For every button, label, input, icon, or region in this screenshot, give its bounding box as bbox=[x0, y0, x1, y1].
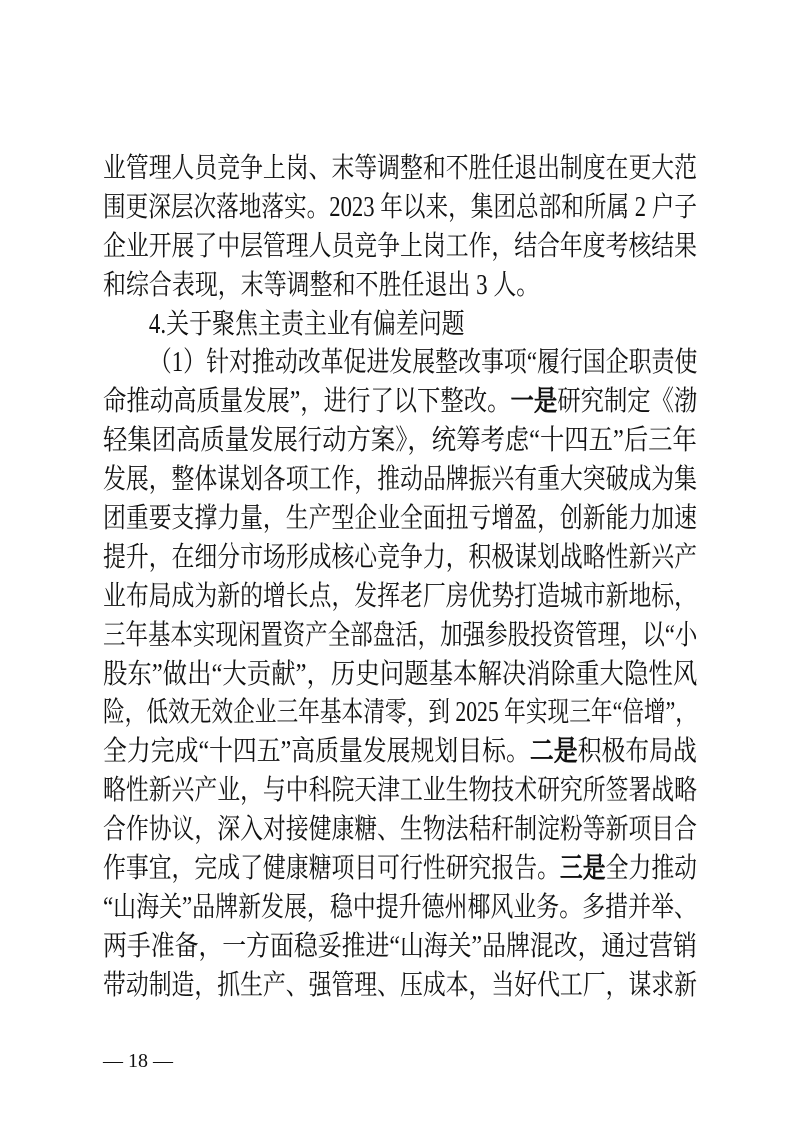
text-segment: 轻集团高质量发展行动方案》，统筹考虑“十四五”后三年 bbox=[103, 425, 697, 456]
text-line: 团重要支撑力量，生产型企业全面扭亏增盈，创新能力加速 bbox=[103, 500, 697, 539]
text-segment: （1）针对推动改革促进发展整改事项“履行国企职责使 bbox=[149, 347, 698, 378]
text-segment: 合作协议，深入对接健康糖、生物法秸秆制淀粉等新项目合 bbox=[103, 814, 697, 845]
text-line-content: 业管理人员竞争上岗、末等调整和不胜任退出制度在更大范 bbox=[103, 150, 697, 189]
text-segment: 积极布局战 bbox=[578, 736, 697, 767]
text-line: “山海关”品牌新发展，稳中提升德州椰风业务。多措并举、 bbox=[103, 889, 697, 928]
text-line-content: 和综合表现，末等调整和不胜任退出 3 人。 bbox=[103, 267, 539, 306]
text-line-content: 提升，在细分市场形成核心竞争力，积极谋划战略性新兴产 bbox=[103, 539, 697, 578]
document-page: 业管理人员竞争上岗、末等调整和不胜任退出制度在更大范围更深层次落地落实。2023… bbox=[0, 0, 800, 1131]
text-segment: 团重要支撑力量，生产型企业全面扭亏增盈，创新能力加速 bbox=[103, 503, 697, 534]
text-line-content: 作事宜，完成了健康糖项目可行性研究报告。三是全力推动 bbox=[103, 850, 697, 889]
text-segment: 企业开展了中层管理人员竞争上岗工作，结合年度考核结果 bbox=[103, 231, 697, 262]
text-segment: 股东”做出“大贡献”，历史问题基本解决消除重大隐性风 bbox=[103, 659, 697, 690]
text-segment: 业管理人员竞争上岗、末等调整和不胜任退出制度在更大范 bbox=[103, 153, 697, 184]
text-line: 发展，整体谋划各项工作，推动品牌振兴有重大突破成为集 bbox=[103, 461, 697, 500]
text-segment: 命推动高质量发展”，进行了以下整改。 bbox=[103, 386, 510, 417]
text-line-content: 4.关于聚焦主责主业有偏差问题 bbox=[103, 306, 465, 345]
page-footer: — 18 — bbox=[103, 1050, 173, 1072]
text-line-content: 三年基本实现闲置资产全部盘活，加强参股投资管理，以“小 bbox=[103, 617, 697, 656]
text-line-content: 业布局成为新的增长点，发挥老厂房优势打造城市新地标， bbox=[103, 578, 697, 617]
text-segment: 围更深层次落地落实。2023 年以来，集团总部和所属 2 户子 bbox=[103, 192, 697, 223]
text-line-content: 企业开展了中层管理人员竞争上岗工作，结合年度考核结果 bbox=[103, 228, 697, 267]
text-line: 三年基本实现闲置资产全部盘活，加强参股投资管理，以“小 bbox=[103, 617, 697, 656]
text-segment: 4.关于聚焦主责主业有偏差问题 bbox=[149, 309, 465, 340]
text-line-content: 略性新兴产业，与中科院天津工业生物技术研究所签署战略 bbox=[103, 772, 697, 811]
text-line-content: 围更深层次落地落实。2023 年以来，集团总部和所属 2 户子 bbox=[103, 189, 697, 228]
text-line-content: 发展，整体谋划各项工作，推动品牌振兴有重大突破成为集 bbox=[103, 461, 697, 500]
text-line: 两手准备，一方面稳妥推进“山海关”品牌混改，通过营销 bbox=[103, 928, 697, 967]
text-line-content: 股东”做出“大贡献”，历史问题基本解决消除重大隐性风 bbox=[103, 656, 697, 695]
text-line: 围更深层次落地落实。2023 年以来，集团总部和所属 2 户子 bbox=[103, 189, 697, 228]
text-segment: 两手准备，一方面稳妥推进“山海关”品牌混改，通过营销 bbox=[103, 931, 697, 962]
text-line: 4.关于聚焦主责主业有偏差问题 bbox=[103, 306, 697, 345]
page-number: — 18 — bbox=[103, 1050, 173, 1072]
text-line: 和综合表现，末等调整和不胜任退出 3 人。 bbox=[103, 267, 697, 306]
emphasis-text: 三是 bbox=[560, 853, 606, 884]
text-line: 业布局成为新的增长点，发挥老厂房优势打造城市新地标， bbox=[103, 578, 697, 617]
text-line-content: 全力完成“十四五”高质量发展规划目标。二是积极布局战 bbox=[103, 733, 697, 772]
text-line: 企业开展了中层管理人员竞争上岗工作，结合年度考核结果 bbox=[103, 228, 697, 267]
text-line: 险，低效无效企业三年基本清零，到 2025 年实现三年“倍增”， bbox=[103, 694, 697, 733]
text-line: 作事宜，完成了健康糖项目可行性研究报告。三是全力推动 bbox=[103, 850, 697, 889]
text-line: 提升，在细分市场形成核心竞争力，积极谋划战略性新兴产 bbox=[103, 539, 697, 578]
text-segment: 作事宜，完成了健康糖项目可行性研究报告。 bbox=[103, 853, 560, 884]
text-segment: 提升，在细分市场形成核心竞争力，积极谋划战略性新兴产 bbox=[103, 542, 697, 573]
text-line: 略性新兴产业，与中科院天津工业生物技术研究所签署战略 bbox=[103, 772, 697, 811]
text-segment: 和综合表现，末等调整和不胜任退出 3 人。 bbox=[103, 270, 539, 301]
text-line-content: 团重要支撑力量，生产型企业全面扭亏增盈，创新能力加速 bbox=[103, 500, 697, 539]
text-segment: “山海关”品牌新发展，稳中提升德州椰风业务。多措并举、 bbox=[103, 892, 697, 923]
document-body: 业管理人员竞争上岗、末等调整和不胜任退出制度在更大范围更深层次落地落实。2023… bbox=[103, 150, 697, 1006]
text-segment: 带动制造，抓生产、强管理、压成本，当好代工厂，谋求新 bbox=[103, 970, 697, 1001]
text-segment: 业布局成为新的增长点，发挥老厂房优势打造城市新地标， bbox=[103, 581, 697, 612]
text-line: 全力完成“十四五”高质量发展规划目标。二是积极布局战 bbox=[103, 733, 697, 772]
text-line: 轻集团高质量发展行动方案》，统筹考虑“十四五”后三年 bbox=[103, 422, 697, 461]
text-line: 股东”做出“大贡献”，历史问题基本解决消除重大隐性风 bbox=[103, 656, 697, 695]
text-line-content: 轻集团高质量发展行动方案》，统筹考虑“十四五”后三年 bbox=[103, 422, 697, 461]
text-line: 合作协议，深入对接健康糖、生物法秸秆制淀粉等新项目合 bbox=[103, 811, 697, 850]
text-segment: 全力完成“十四五”高质量发展规划目标。 bbox=[103, 736, 530, 767]
text-line: 业管理人员竞争上岗、末等调整和不胜任退出制度在更大范 bbox=[103, 150, 697, 189]
emphasis-text: 二是 bbox=[530, 736, 578, 767]
text-line: 带动制造，抓生产、强管理、压成本，当好代工厂，谋求新 bbox=[103, 967, 697, 1006]
text-line-content: 合作协议，深入对接健康糖、生物法秸秆制淀粉等新项目合 bbox=[103, 811, 697, 850]
text-segment: 研究制定《渤 bbox=[557, 386, 697, 417]
emphasis-text: 一是 bbox=[510, 386, 557, 417]
text-line-content: 两手准备，一方面稳妥推进“山海关”品牌混改，通过营销 bbox=[103, 928, 697, 967]
text-line: （1）针对推动改革促进发展整改事项“履行国企职责使 bbox=[103, 344, 697, 383]
text-line-content: 命推动高质量发展”，进行了以下整改。一是研究制定《渤 bbox=[103, 383, 697, 422]
text-line-content: “山海关”品牌新发展，稳中提升德州椰风业务。多措并举、 bbox=[103, 889, 697, 928]
text-segment: 三年基本实现闲置资产全部盘活，加强参股投资管理，以“小 bbox=[103, 620, 697, 651]
text-line-content: 险，低效无效企业三年基本清零，到 2025 年实现三年“倍增”， bbox=[103, 694, 697, 733]
text-line-content: （1）针对推动改革促进发展整改事项“履行国企职责使 bbox=[103, 344, 697, 383]
text-segment: 发展，整体谋划各项工作，推动品牌振兴有重大突破成为集 bbox=[103, 464, 697, 495]
text-segment: 全力推动 bbox=[606, 853, 697, 884]
text-segment: 险，低效无效企业三年基本清零，到 2025 年实现三年“倍增”， bbox=[103, 697, 697, 728]
text-segment: 略性新兴产业，与中科院天津工业生物技术研究所签署战略 bbox=[103, 775, 697, 806]
text-line-content: 带动制造，抓生产、强管理、压成本，当好代工厂，谋求新 bbox=[103, 967, 697, 1006]
text-line: 命推动高质量发展”，进行了以下整改。一是研究制定《渤 bbox=[103, 383, 697, 422]
